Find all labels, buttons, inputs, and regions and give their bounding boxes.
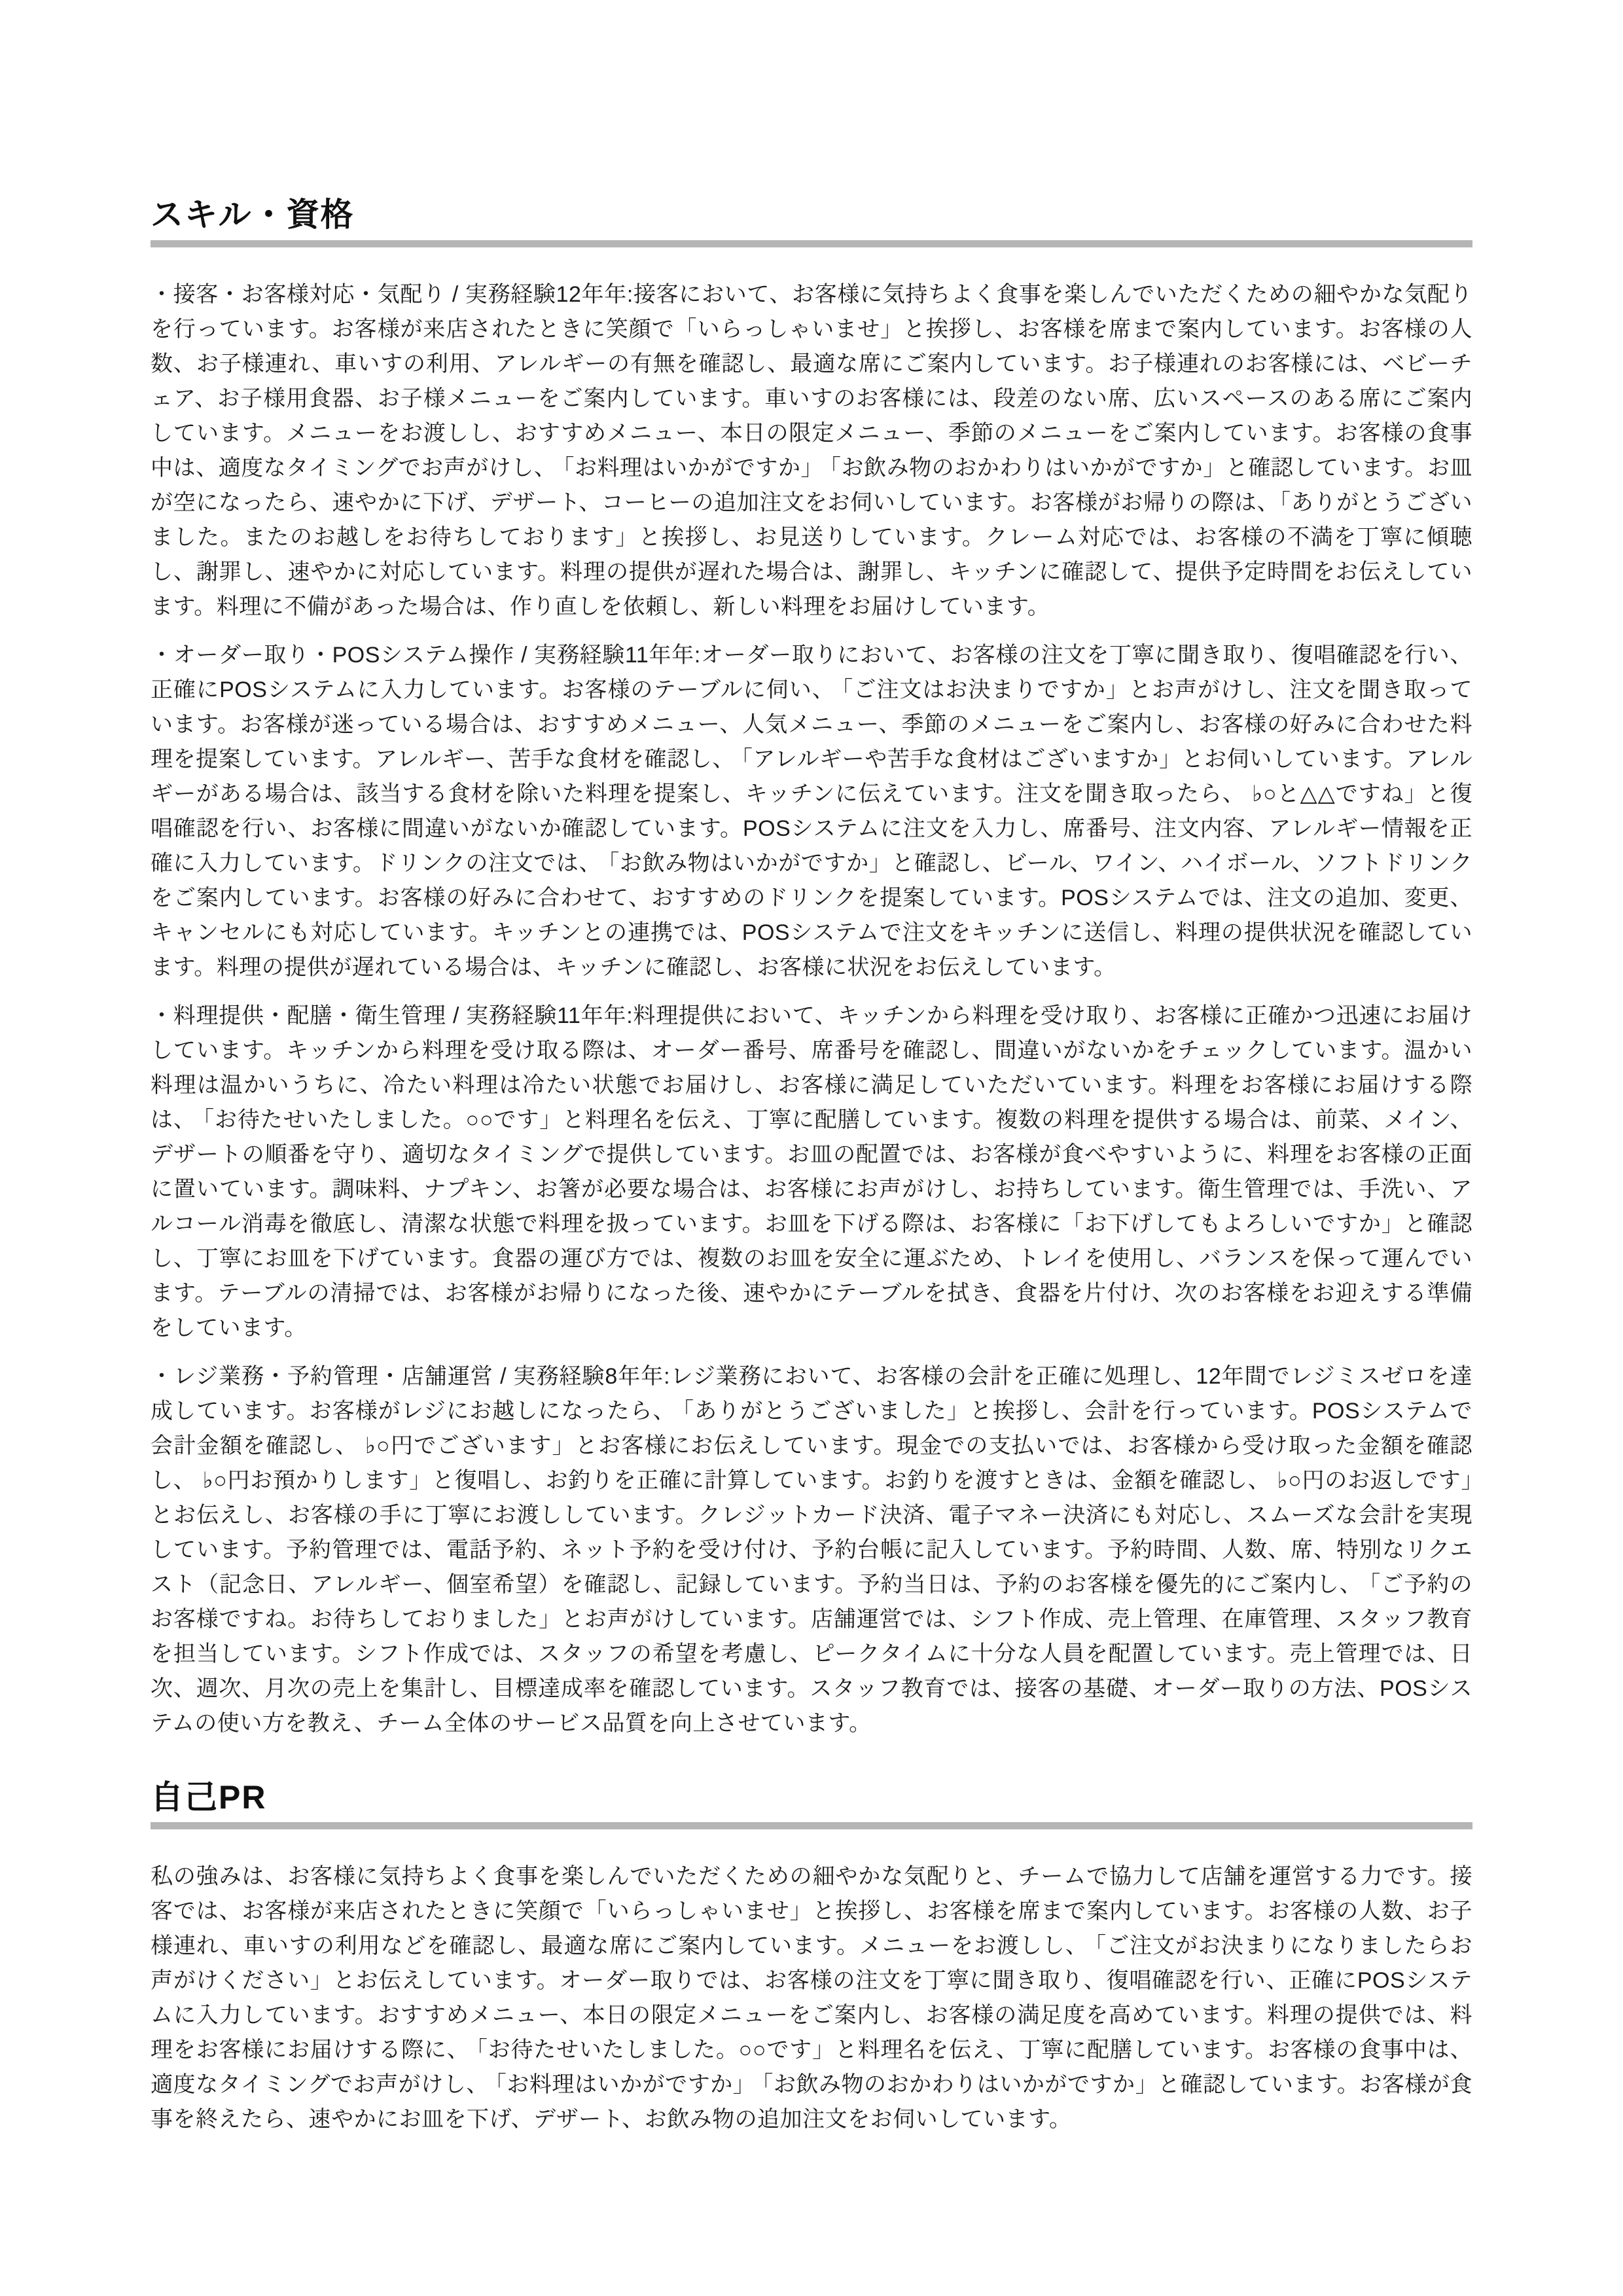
self-pr-paragraph: 私の強みは、お客様に気持ちよく食事を楽しんでいただくための細やかな気配りと、チー… — [151, 1859, 1472, 2137]
section-self-pr: 自己PR 私の強みは、お客様に気持ちよく食事を楽しんでいただくための細やかな気配… — [151, 1780, 1472, 2138]
skill-paragraph-service: ・接客・お客様対応・気配り / 実務経験12年年:接客において、お客様に気持ちよ… — [151, 278, 1472, 624]
section-divider — [151, 240, 1472, 247]
section-divider — [151, 1822, 1472, 1829]
section-skills-qualifications: スキル・資格 ・接客・お客様対応・気配り / 実務経験12年年:接客において、お… — [151, 198, 1472, 1741]
skill-paragraph-register-reservation: ・レジ業務・予約管理・店舗運営 / 実務経験8年年:レジ業務において、お客様の会… — [151, 1359, 1472, 1741]
section-title-self-pr: 自己PR — [151, 1780, 1472, 1815]
skill-paragraph-order-pos: ・オーダー取り・POSシステム操作 / 実務経験11年年:オーダー取りにおいて、… — [151, 638, 1472, 985]
document-content: スキル・資格 ・接客・お客様対応・気配り / 実務経験12年年:接客において、お… — [151, 198, 1472, 2137]
skill-paragraph-serving-hygiene: ・料理提供・配膳・衛生管理 / 実務経験11年年:料理提供において、キッチンから… — [151, 999, 1472, 1346]
resume-document-page: スキル・資格 ・接客・お客様対応・気配り / 実務経験12年年:接客において、お… — [0, 0, 1623, 2296]
section-title-skills: スキル・資格 — [151, 198, 1472, 232]
